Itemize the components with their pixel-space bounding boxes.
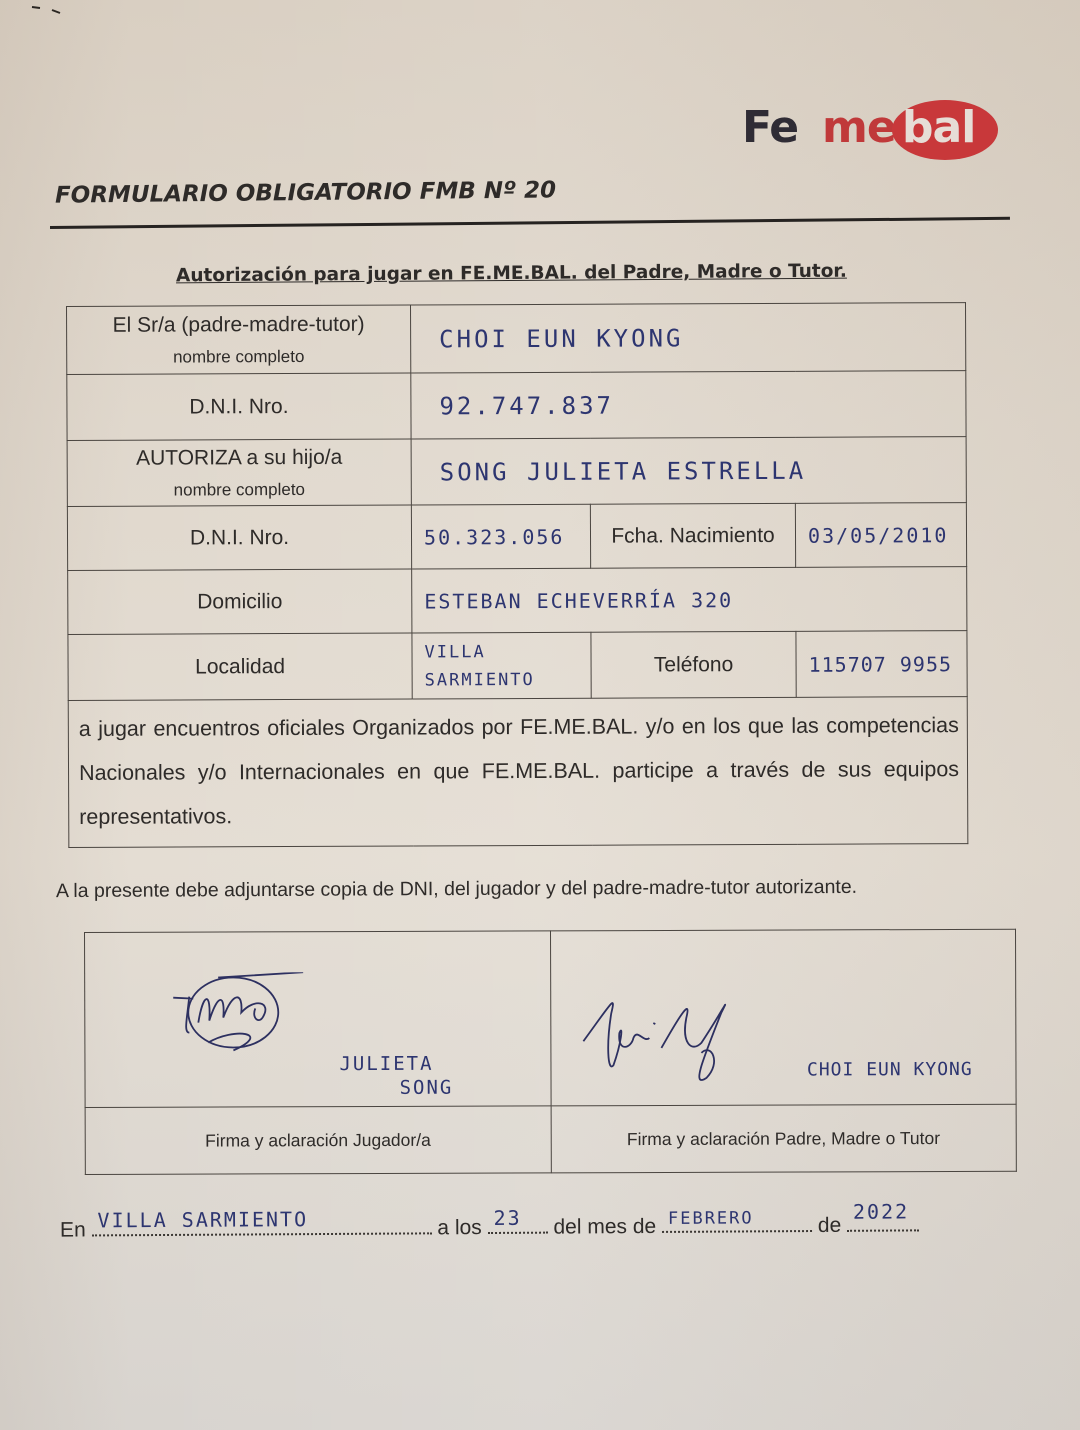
guardian-name-field[interactable]: CHOI EUN KYONG: [410, 303, 965, 373]
address-field[interactable]: ESTEBAN ECHEVERRÍA 320: [412, 567, 967, 633]
logo-text-me: me: [822, 102, 896, 153]
day-prefix: a los: [437, 1216, 481, 1239]
child-name-field[interactable]: SONG JULIETA ESTRELLA: [411, 437, 966, 505]
birthdate-label: Fcha. Nacimiento: [590, 503, 795, 568]
locality-line-2: SARMIENTO: [425, 669, 535, 689]
child-dni-field[interactable]: 50.323.056: [411, 504, 590, 569]
guardian-label-cell: El Sr/a (padre-madre-tutor) nombre compl…: [67, 305, 411, 375]
player-name-line-2: SONG: [340, 1077, 454, 1099]
row-child-dni: D.N.I. Nro. 50.323.056 Fcha. Nacimiento …: [67, 503, 966, 571]
year-field[interactable]: 2022: [847, 1209, 919, 1231]
player-signature-icon: [163, 972, 313, 1063]
day-field[interactable]: 23: [487, 1212, 547, 1234]
guardian-sublabel: nombre completo: [67, 346, 410, 367]
child-sublabel: nombre completo: [68, 479, 411, 500]
guardian-label: El Sr/a (padre-madre-tutor): [112, 312, 364, 336]
guardian-signature-label: Firma y aclaración Padre, Madre o Tutor: [551, 1104, 1017, 1173]
child-label: AUTORIZA a su hijo/a: [136, 445, 342, 469]
phone-field[interactable]: 115707 9955: [796, 631, 967, 698]
guardian-dni-label: D.N.I. Nro.: [67, 373, 411, 441]
player-signature-label: Firma y aclaración Jugador/a: [85, 1106, 551, 1175]
form-title: FORMULARIO OBLIGATORIO FMB Nº 20: [55, 177, 556, 208]
child-dni-label: D.N.I. Nro.: [67, 505, 411, 571]
authorization-form-table: El Sr/a (padre-madre-tutor) nombre compl…: [66, 302, 968, 848]
birthdate-field[interactable]: 03/05/2010: [795, 503, 966, 568]
place-date-line: En VILLA SARMIENTO a los 23 del mes de F…: [60, 1209, 919, 1242]
row-child-name: AUTORIZA a su hijo/a nombre completo SON…: [67, 437, 966, 507]
place-prefix: En: [60, 1218, 86, 1241]
locality-label: Localidad: [68, 633, 412, 701]
logo-text-fe: Fe: [742, 102, 798, 153]
player-name-handwritten: JULIETA SONG: [339, 1052, 453, 1100]
attachment-note: A la presente debe adjuntarse copia de D…: [56, 876, 857, 903]
guardian-name-handwritten: CHOI EUN KYONG: [807, 1058, 973, 1083]
row-guardian-name: El Sr/a (padre-madre-tutor) nombre compl…: [67, 303, 966, 375]
guardian-signature-icon: [581, 992, 831, 1093]
femebal-logo: Fe me bal: [742, 100, 1002, 164]
place-field[interactable]: VILLA SARMIENTO: [91, 1212, 431, 1236]
month-prefix: del mes de: [553, 1215, 656, 1239]
player-signature-box[interactable]: JULIETA SONG: [85, 931, 551, 1108]
guardian-signature-box[interactable]: CHOI EUN KYONG: [550, 929, 1016, 1106]
row-authorization-text: a jugar encuentros oficiales Organizados…: [68, 697, 968, 848]
child-label-cell: AUTORIZA a su hijo/a nombre completo: [67, 439, 411, 507]
day-value: 23: [493, 1206, 521, 1230]
row-address: Domicilio ESTEBAN ECHEVERRÍA 320: [68, 567, 967, 635]
locality-line-1: VILLA: [424, 642, 485, 662]
authorization-text: a jugar encuentros oficiales Organizados…: [68, 697, 968, 848]
address-label: Domicilio: [68, 569, 412, 635]
locality-field[interactable]: VILLA SARMIENTO: [412, 632, 591, 699]
logo-text-bal: bal: [902, 102, 975, 153]
row-guardian-dni: D.N.I. Nro. 92.747.837: [67, 371, 966, 441]
form-subtitle: Autorización para jugar en FE.ME.BAL. de…: [176, 261, 847, 287]
corner-debris-mark: [30, 4, 66, 16]
phone-label: Teléfono: [591, 631, 796, 698]
row-locality: Localidad VILLA SARMIENTO Teléfono 11570…: [68, 631, 967, 701]
place-value: VILLA SARMIENTO: [97, 1207, 308, 1232]
year-value: 2022: [853, 1199, 909, 1223]
title-divider: [50, 217, 1010, 229]
year-prefix: de: [818, 1214, 841, 1237]
month-value: FEBRERO: [668, 1208, 754, 1229]
player-name-line-1: JULIETA: [339, 1053, 433, 1075]
signature-table: JULIETA SONG CHOI EUN KYONG Firma y acla…: [84, 929, 1017, 1175]
month-field[interactable]: FEBRERO: [662, 1210, 812, 1233]
guardian-dni-field[interactable]: 92.747.837: [411, 371, 966, 439]
